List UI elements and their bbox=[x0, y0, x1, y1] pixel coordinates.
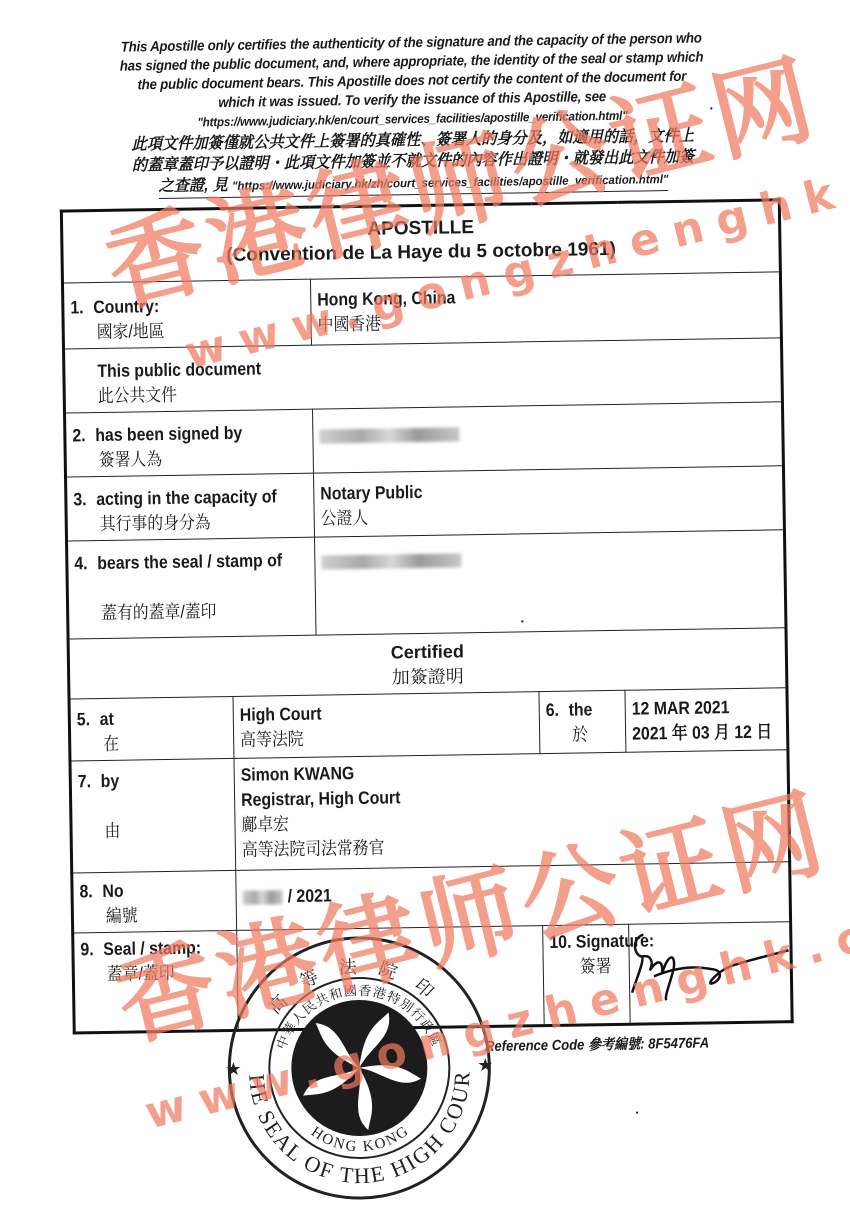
redacted-signer-name bbox=[319, 428, 459, 444]
country-value-cell: Hong Kong, China 中國香港 bbox=[310, 272, 781, 345]
apostille-table: APOSTILLE (Convention de La Haye du 5 oc… bbox=[60, 198, 794, 1034]
registrar-title: Registrar, High Court bbox=[241, 785, 401, 812]
certified-cell: Certified 加簽證明 bbox=[68, 628, 787, 699]
field-number: 5. bbox=[77, 707, 100, 732]
apostille-notice-en: This Apostille only certifies the authen… bbox=[86, 29, 738, 134]
seal-of-label-zh: 蓋有的蓋章/蓋印 bbox=[101, 599, 217, 626]
apostille-page: This Apostille only certifies the authen… bbox=[0, 0, 850, 1212]
signed-by-value-cell bbox=[312, 402, 783, 473]
apostille-notice-zh: 此項文件加簽僅就公共文件上簽署的真確性、簽署人的身分及，如適用的話，文件上 的蓋… bbox=[80, 125, 746, 200]
field-number: 7. bbox=[78, 769, 101, 794]
field-number: 2. bbox=[72, 423, 95, 448]
signed-by-label: has been signed by bbox=[95, 423, 242, 445]
number-label: No bbox=[102, 881, 123, 901]
date-label: the bbox=[568, 699, 592, 719]
svg-text:★: ★ bbox=[225, 1059, 241, 1079]
field-number: 1. bbox=[70, 295, 93, 320]
row-at-date: 5.at 在 High Court 高等法院 6.the 於 12 MAR 20… bbox=[69, 688, 788, 761]
row-certified: Certified 加簽證明 bbox=[68, 628, 787, 699]
by-label-cell: 7.by 由 bbox=[70, 758, 236, 873]
row-country: 1.Country: 國家/地區 Hong Kong, China 中國香港 bbox=[62, 272, 781, 349]
svg-text:★: ★ bbox=[477, 1055, 493, 1075]
capacity-label-cell: 3.acting in the capacity of 其行事的身分為 bbox=[66, 473, 315, 541]
public-document-cell: This public document 此公共文件 bbox=[64, 338, 783, 413]
signature-label-zh: 簽署 bbox=[580, 954, 612, 979]
seal-of-label: bears the seal / stamp of bbox=[97, 550, 282, 573]
field-number: 9. bbox=[80, 937, 103, 962]
by-label: by bbox=[101, 771, 120, 791]
date-label-cell: 6.the 於 bbox=[539, 690, 626, 753]
header-row: APOSTILLE (Convention de La Haye du 5 oc… bbox=[61, 200, 780, 283]
public-document-label-zh: 此公共文件 bbox=[98, 383, 178, 409]
at-label-zh: 在 bbox=[103, 732, 119, 757]
at-label-cell: 5.at 在 bbox=[69, 696, 234, 761]
scan-speck bbox=[636, 1112, 638, 1114]
country-label-cell: 1.Country: 國家/地區 bbox=[62, 279, 311, 349]
field-number: 10. bbox=[549, 932, 571, 952]
number-label-cell: 8.No 編號 bbox=[72, 870, 237, 933]
date-value-cell: 12 MAR 2021 2021 年 03 月 12 日 bbox=[625, 688, 788, 753]
capacity-value: Notary Public bbox=[320, 480, 422, 507]
redacted-number bbox=[243, 890, 283, 905]
reference-code-label: Reference Code 參考編號: bbox=[485, 1037, 645, 1056]
seal-of-label-cell: 4.bears the seal / stamp of 蓋有的蓋章/蓋印 bbox=[67, 537, 317, 639]
seal-stamp-label-cell: 9.Seal / stamp: 蓋章/蓋印 bbox=[73, 930, 239, 1033]
capacity-value-cell: Notary Public 公證人 bbox=[313, 466, 784, 537]
seal-stamp-label-zh: 蓋章/蓋印 bbox=[107, 961, 175, 987]
header-cell: APOSTILLE (Convention de La Haye du 5 oc… bbox=[61, 200, 780, 283]
date-value: 12 MAR 2021 bbox=[632, 695, 730, 722]
country-value-zh: 中國香港 bbox=[317, 312, 381, 338]
seal-stamp-label: Seal / stamp: bbox=[103, 937, 201, 959]
verification-url-zh: "https://www.judiciary.hk/zh/court_servi… bbox=[232, 172, 668, 193]
capacity-value-zh: 公證人 bbox=[321, 506, 369, 532]
signed-by-label-zh: 簽署人為 bbox=[99, 447, 163, 473]
field-number: 8. bbox=[79, 879, 102, 904]
country-label-zh: 國家/地區 bbox=[97, 319, 165, 345]
number-year: / 2021 bbox=[287, 883, 331, 909]
capacity-label-zh: 其行事的身分為 bbox=[100, 510, 211, 537]
at-value-zh: 高等法院 bbox=[240, 727, 304, 753]
at-value: High Court bbox=[240, 702, 322, 728]
scan-speck bbox=[521, 620, 523, 622]
row-seal-of: 4.bears the seal / stamp of 蓋有的蓋章/蓋印 bbox=[67, 530, 787, 639]
field-number: 6. bbox=[546, 698, 569, 723]
signature-label-cell: 10. Signature: 簽署 bbox=[543, 924, 631, 1025]
number-value-cell: / 2021 bbox=[236, 862, 791, 931]
high-court-seal-icon: THE SEAL OF THE HIGH COURT HONG KONG 高等法… bbox=[217, 921, 501, 1205]
date-label-zh: 於 bbox=[572, 722, 588, 747]
registrar-title-zh: 高等法院司法常務官 bbox=[242, 836, 385, 863]
notice-zh-prefix: 之查證, 見 bbox=[158, 177, 228, 195]
field-number: 4. bbox=[74, 551, 97, 576]
reference-code: Reference Code 參考編號: 8F5476FA bbox=[485, 1032, 709, 1057]
by-label-zh: 由 bbox=[104, 819, 120, 844]
number-label-zh: 編號 bbox=[106, 903, 138, 928]
reference-code-value: 8F5476FA bbox=[648, 1036, 709, 1053]
row-public-document: This public document 此公共文件 bbox=[64, 338, 783, 413]
capacity-label: acting in the capacity of bbox=[96, 486, 277, 509]
row-by: 7.by 由 Simon KWANG Registrar, High Court… bbox=[70, 750, 790, 873]
row-signed-by: 2.has been signed by 簽署人為 bbox=[65, 402, 784, 477]
registrar-name-zh: 鄺卓宏 bbox=[241, 812, 289, 838]
by-value-cell: Simon KWANG Registrar, High Court 鄺卓宏 高等… bbox=[234, 750, 790, 871]
signature-icon bbox=[623, 922, 794, 1005]
at-label: at bbox=[100, 709, 114, 729]
seal-of-value-cell bbox=[314, 530, 786, 635]
date-value-zh: 2021 年 03 月 12 日 bbox=[632, 719, 772, 746]
scan-speck bbox=[710, 107, 712, 109]
at-value-cell: High Court 高等法院 bbox=[233, 692, 540, 759]
registrar-name: Simon KWANG bbox=[241, 761, 355, 788]
redacted-seal-name bbox=[321, 554, 461, 570]
country-value: Hong Kong, China bbox=[317, 285, 456, 312]
field-number: 3. bbox=[73, 487, 96, 512]
row-capacity: 3.acting in the capacity of 其行事的身分為 Nota… bbox=[66, 466, 785, 541]
signed-by-label-cell: 2.has been signed by 簽署人為 bbox=[65, 409, 314, 477]
public-document-label: This public document bbox=[97, 356, 261, 384]
country-label: Country: bbox=[93, 296, 159, 317]
